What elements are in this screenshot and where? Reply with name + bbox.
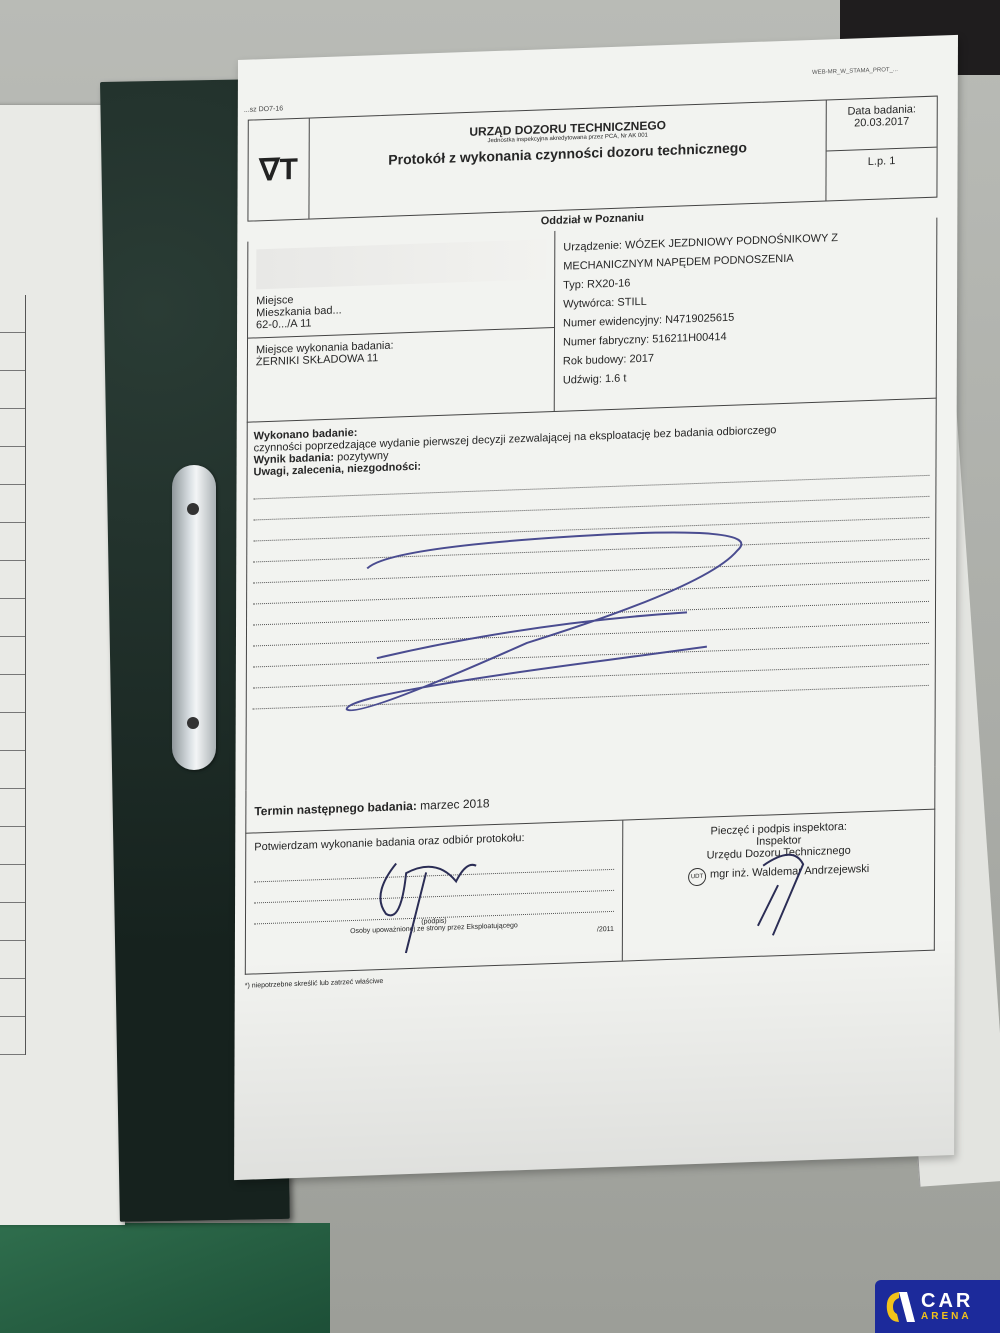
udt-logo-icon: ...sz DO7-16 ∇T xyxy=(248,118,309,220)
left-page-table xyxy=(0,295,26,1055)
z-strikethrough-scribble xyxy=(327,513,808,730)
info-section: Miejsce Mieszkania bad... 62-0.../A 11 M… xyxy=(247,218,938,423)
results-section: Wykonano badanie: czynności poprzedzając… xyxy=(245,399,936,791)
redacted-area xyxy=(256,239,546,289)
protocol-document: WEB-MR_W_STAMA_PROT_... ...sz DO7-16 ∇T … xyxy=(234,35,958,1180)
lp-number: L.p. 1 xyxy=(826,147,936,200)
clip-hole xyxy=(187,503,199,515)
inspector-signature xyxy=(743,844,823,947)
watermark-line1: CAR xyxy=(921,1291,973,1311)
car-arena-watermark: CAR ARENA xyxy=(875,1280,1000,1333)
watermark-line2: ARENA xyxy=(921,1311,973,1322)
stamp-icon: UDT xyxy=(688,868,706,887)
client-signature xyxy=(366,850,496,955)
document-code: WEB-MR_W_STAMA_PROT_... xyxy=(812,67,898,76)
binder-clip xyxy=(172,465,216,770)
car-arena-logo-icon xyxy=(885,1290,915,1324)
signature-section: Potwierdzam wykonanie badania oraz odbió… xyxy=(245,810,935,975)
exam-date: Data badania: 20.03.2017 xyxy=(827,97,937,151)
green-surface xyxy=(0,1223,330,1333)
form-id: ...sz DO7-16 xyxy=(244,105,283,113)
clip-hole xyxy=(187,717,199,729)
